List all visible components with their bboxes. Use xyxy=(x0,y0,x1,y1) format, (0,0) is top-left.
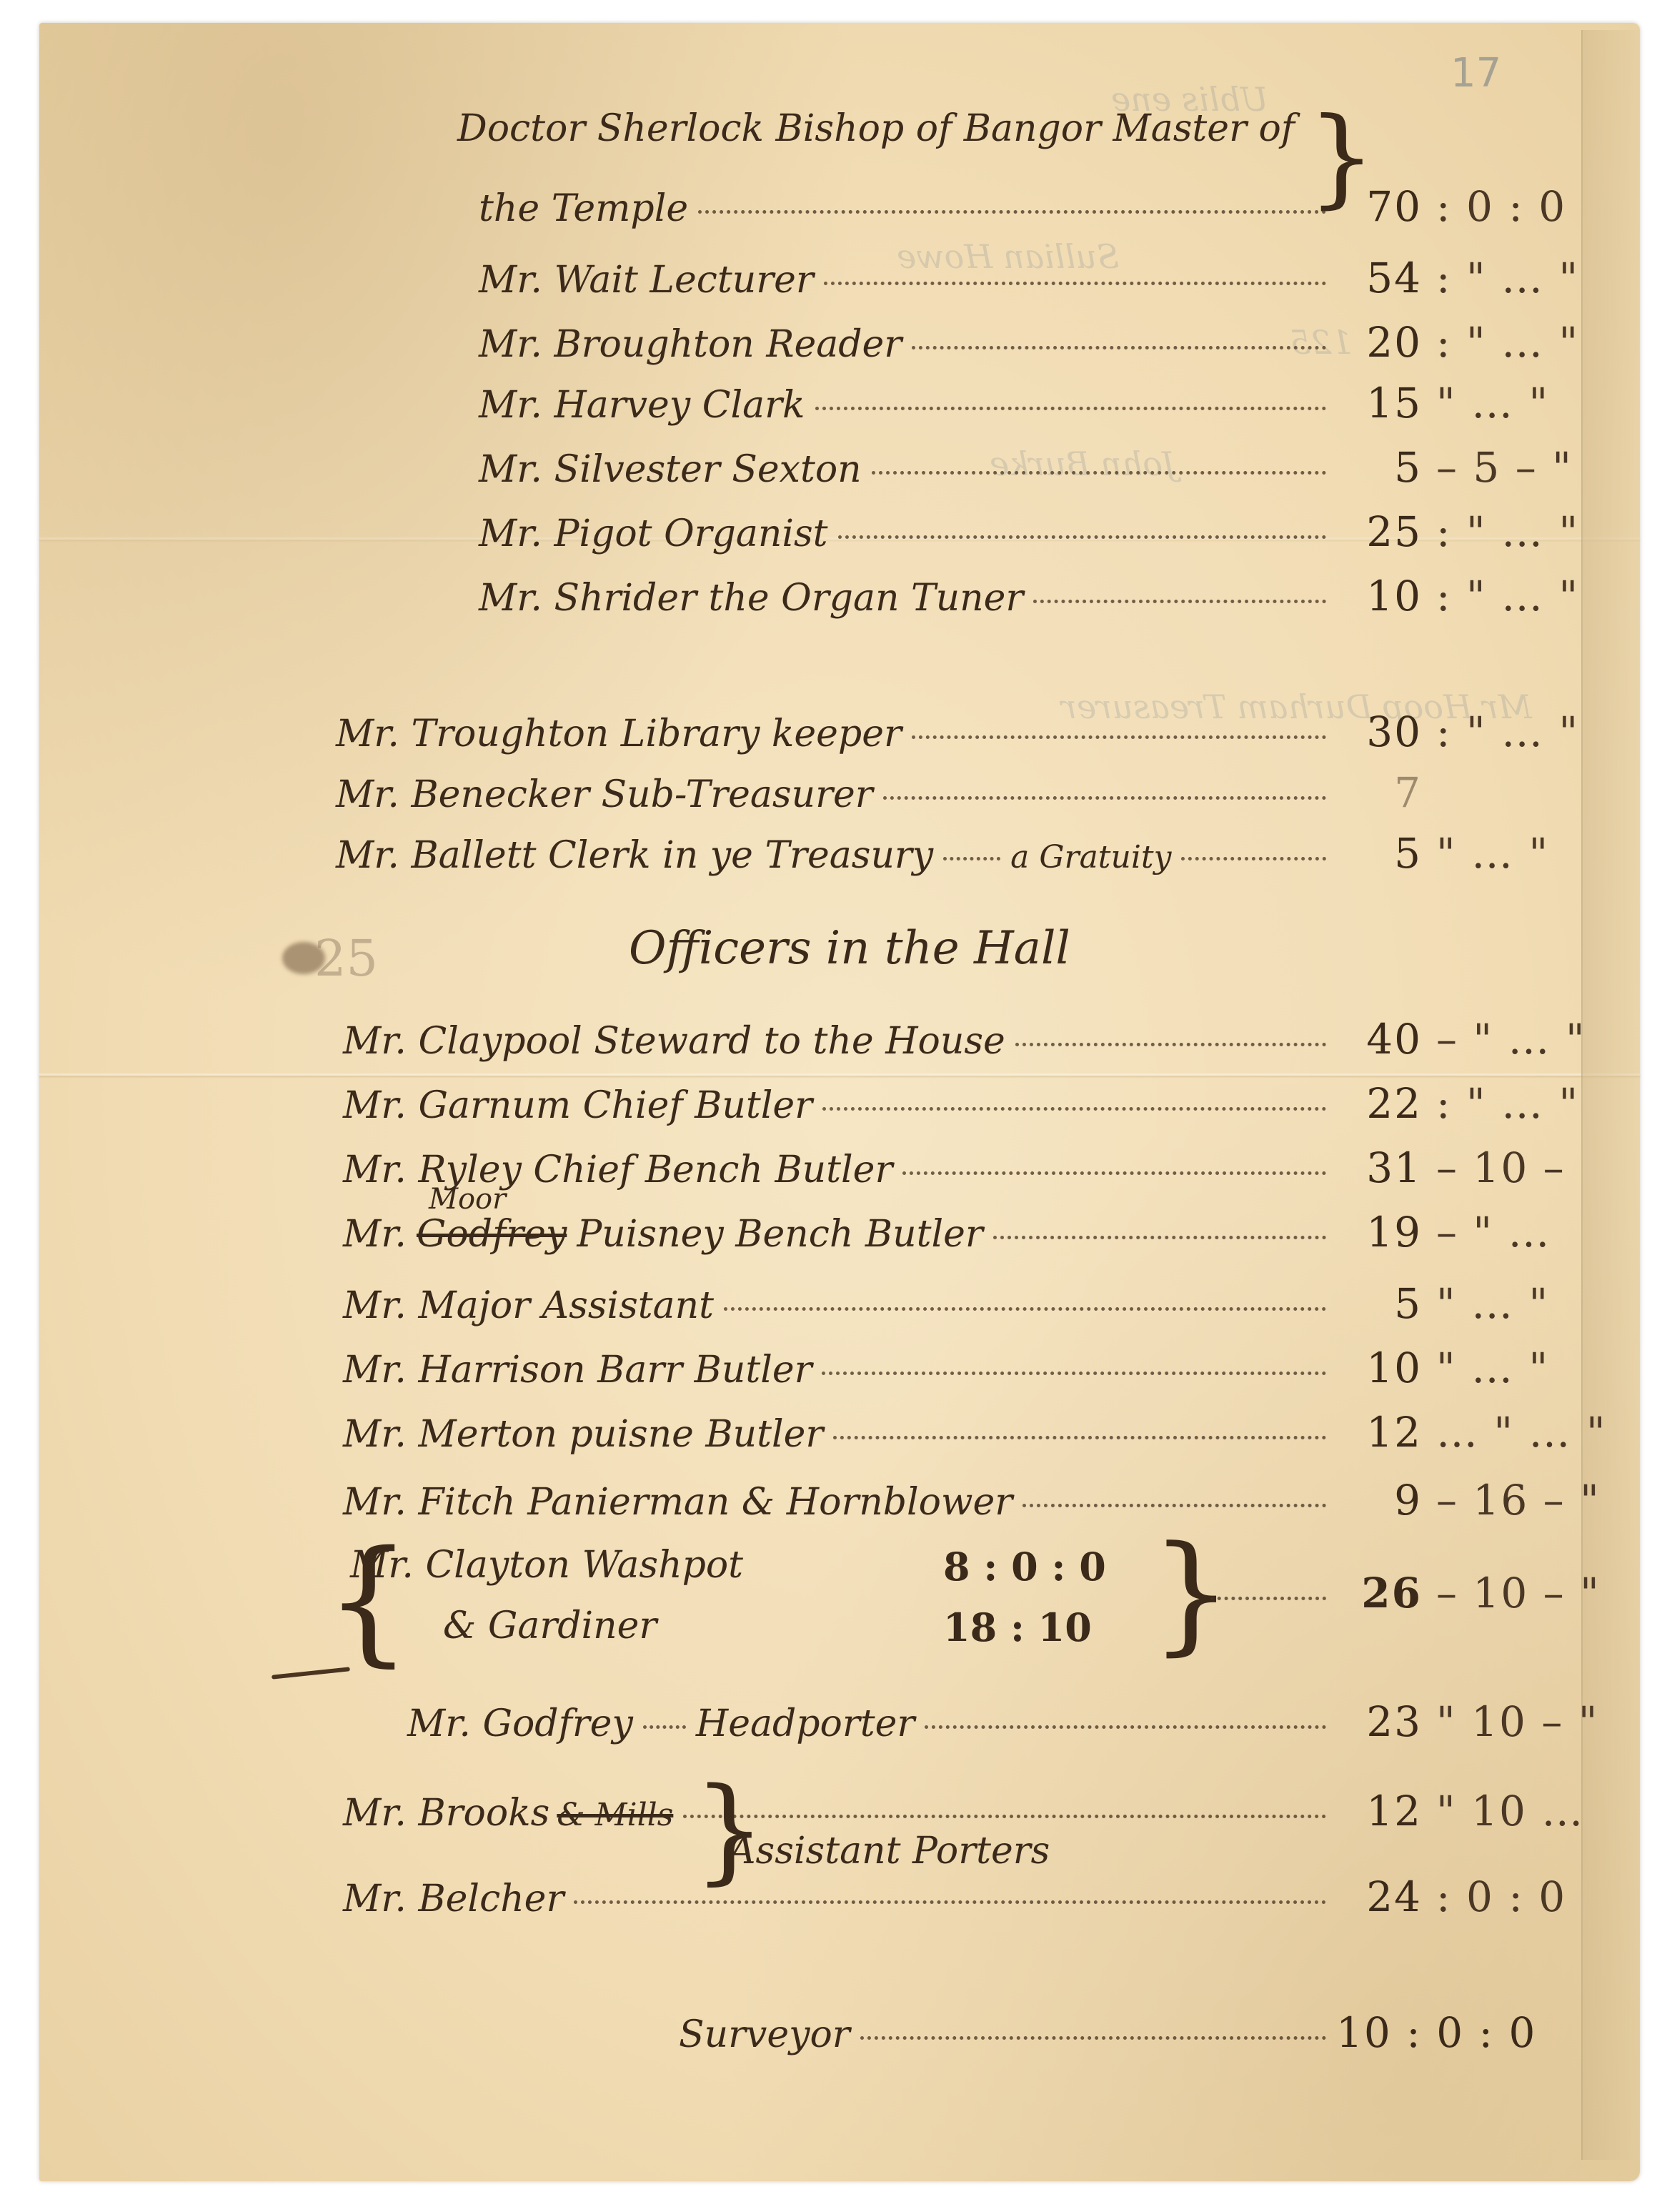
dot-leader xyxy=(822,1107,1326,1111)
dot-leader xyxy=(724,1307,1326,1311)
amount-rest: : " … " xyxy=(1436,254,1601,302)
dot-leader xyxy=(902,1171,1326,1175)
entry-row: Mr. Ballett Clerk in ye Treasury a Gratu… xyxy=(336,829,1601,878)
dot-leader xyxy=(883,796,1326,800)
amount-rest: " … " xyxy=(1436,829,1601,878)
amount-pounds: 12 xyxy=(1336,1787,1422,1835)
dot-leader xyxy=(860,2036,1326,2040)
entry-name: Doctor Sherlock Bishop of Bangor Master … xyxy=(457,107,1295,150)
amount-rest: " 10 – " xyxy=(1436,1697,1601,1746)
entry-row: Mr. Silvester Sexton 5– 5 – " xyxy=(479,443,1601,492)
entry-row: Mr. Godfrey Puisney Bench Butler 19– " … xyxy=(343,1208,1601,1256)
entry-row: Mr. Claypool Steward to the House 40– " … xyxy=(343,1015,1601,1063)
amount-pounds: 40 xyxy=(1336,1015,1422,1063)
dot-leader xyxy=(698,210,1326,214)
dot-leader xyxy=(1033,600,1326,603)
amount-rest: " … " xyxy=(1436,1279,1601,1328)
amount-pounds: 20 xyxy=(1336,318,1422,367)
entry-row: Mr. Merton puisne Butler 12… " … " xyxy=(343,1408,1601,1457)
entry-row: Mr. Troughton Library keeper 30: " … " xyxy=(336,708,1601,756)
amount-pounds: 22 xyxy=(1336,1079,1422,1128)
dot-leader xyxy=(824,282,1326,285)
amount-rest: – 10 – " xyxy=(1436,1569,1601,1617)
entry-row: Mr. Harrison Barr Butler 10" … " xyxy=(343,1344,1601,1392)
group-label: Assistant Porters xyxy=(729,1830,1050,1873)
amount-rest: – " … xyxy=(1436,1208,1601,1256)
amount-rest: : 0 : 0 xyxy=(1436,1873,1601,1921)
amount-pounds: 23 xyxy=(1336,1697,1422,1746)
amount-rest: : " … " xyxy=(1436,507,1601,556)
dot-leader xyxy=(912,346,1326,349)
entry-row: Mr. Ryley Chief Bench Butler 31– 10 – xyxy=(343,1144,1601,1192)
entry-row: Doctor Sherlock Bishop of Bangor Master … xyxy=(457,107,1386,150)
dot-leader xyxy=(838,535,1326,539)
entry-name: Mr. Ballett Clerk in ye Treasury xyxy=(336,834,933,877)
dot-leader xyxy=(943,857,1000,861)
entry-name: Mr. Major Assistant xyxy=(343,1284,714,1327)
amount-pounds: 54 xyxy=(1336,254,1422,302)
sub-amount: 18 : 10 xyxy=(943,1605,1092,1650)
entry-name: Mr. Shrider the Organ Tuner xyxy=(479,577,1023,620)
sub-amount: 8 : 0 : 0 xyxy=(943,1544,1106,1589)
entry-name: Mr. Pigot Organist xyxy=(479,512,828,555)
entry-row: Mr. Brooks & Mills 12" 10 … xyxy=(343,1787,1601,1835)
entry-name: Mr. Harrison Barr Butler xyxy=(343,1349,812,1392)
entry-name-line2: the Temple xyxy=(479,187,688,230)
entry-row: Mr. Godfrey Headporter 23" 10 – " xyxy=(407,1697,1601,1746)
entry-name: Mr. Fitch Panierman & Hornblower xyxy=(343,1481,1012,1524)
entry-row: Mr. Fitch Panierman & Hornblower 9– 16 –… xyxy=(343,1476,1601,1524)
amount-pounds: 15 xyxy=(1336,379,1422,427)
entry-name: Mr. Ryley Chief Bench Butler xyxy=(343,1149,892,1191)
amount-rest: : " … " xyxy=(1436,318,1601,367)
struck-name: Godfrey xyxy=(417,1213,567,1256)
dot-leader xyxy=(643,1725,686,1729)
entry-row: Mr. Shrider the Organ Tuner 10: " … " xyxy=(479,572,1601,620)
entry-name: Mr. Clayton Washpot xyxy=(350,1544,743,1587)
dot-leader xyxy=(815,407,1327,410)
entry-name: Mr. Merton puisne Butler xyxy=(343,1413,823,1456)
entry-name: Mr. Broughton Reader xyxy=(479,323,902,366)
amount-pounds: 12 xyxy=(1336,1408,1422,1457)
amount-rest: – 16 – " xyxy=(1436,1476,1601,1524)
amount-pounds: 70 xyxy=(1336,182,1422,231)
entry-name-prefix: Mr. xyxy=(343,1213,407,1256)
entry-name: Mr. Harvey Clark xyxy=(479,384,805,427)
amount-rest: : " … " xyxy=(1436,708,1601,756)
struck-name: & Mills xyxy=(557,1797,673,1833)
entry-name: Mr. Troughton Library keeper xyxy=(336,713,902,755)
amount: 10 : 0 : 0 xyxy=(1336,2008,1601,2057)
dot-leader xyxy=(833,1436,1326,1439)
entry-name: Mr. Garnum Chief Butler xyxy=(343,1084,812,1127)
dot-leader xyxy=(925,1725,1326,1729)
entry-name: Mr. Belcher xyxy=(343,1878,564,1920)
entry-name: Puisney Bench Butler xyxy=(577,1213,982,1256)
amount-pounds: 26 xyxy=(1336,1569,1422,1617)
entry-row: the Temple 70: 0 : 0 xyxy=(479,182,1601,231)
amount-pounds: 10 xyxy=(1336,1344,1422,1392)
entry-row: Mr. Belcher 24: 0 : 0 xyxy=(343,1873,1601,1921)
amount-pounds: 7 xyxy=(1336,768,1422,817)
margin-mark: 25 xyxy=(314,929,378,988)
combined-total: 26– 10 – " xyxy=(1200,1569,1601,1617)
amount-rest: – " … " xyxy=(1436,1015,1601,1063)
amount-rest: … " … " xyxy=(1436,1408,1601,1457)
amount-pounds: 5 xyxy=(1336,1279,1422,1328)
amount-rest: – 10 – xyxy=(1436,1144,1601,1192)
amount-pounds: 24 xyxy=(1336,1873,1422,1921)
dot-leader xyxy=(1181,857,1326,861)
amount-rest: : 0 : 0 xyxy=(1436,182,1601,231)
entry-name: Mr. Benecker Sub-Treasurer xyxy=(336,773,873,816)
entry-name: & Gardiner xyxy=(443,1605,657,1647)
entry-name: Mr. Silvester Sexton xyxy=(479,448,862,491)
entry-name: Mr. Claypool Steward to the House xyxy=(343,1020,1005,1063)
entry-row: Mr. Wait Lecturer 54: " … " xyxy=(479,254,1601,302)
entry-row: Mr. Clayton Washpot xyxy=(350,1544,743,1587)
entry-row: Mr. Harvey Clark 15" … " xyxy=(479,379,1601,427)
entry-row: Mr. Garnum Chief Butler 22: " … " xyxy=(343,1079,1601,1128)
amount-rest: – 5 – " xyxy=(1436,443,1601,492)
dot-leader xyxy=(683,1815,1326,1818)
amount-pounds: 5 xyxy=(1336,443,1422,492)
page-number: 17 xyxy=(1450,50,1501,96)
amount-rest: " … " xyxy=(1436,379,1601,427)
entry-name: Mr. Brooks xyxy=(343,1792,549,1835)
entry-row: & Gardiner xyxy=(443,1605,657,1647)
entry-name: Mr. Godfrey xyxy=(407,1702,633,1745)
amount-rest: : " … " xyxy=(1436,572,1601,620)
amount-rest: " … " xyxy=(1436,1344,1601,1392)
entry-note: a Gratuity xyxy=(1010,839,1171,876)
amount-pounds: 25 xyxy=(1336,507,1422,556)
entry-row: Mr. Broughton Reader 20: " … " xyxy=(479,318,1601,367)
dot-leader xyxy=(1022,1504,1326,1507)
amount-pounds: 30 xyxy=(1336,708,1422,756)
dot-leader xyxy=(574,1900,1326,1904)
entry-role: Headporter xyxy=(696,1702,915,1745)
section-heading: Officers in the Hall xyxy=(629,922,1070,975)
entry-row: Mr. Major Assistant 5" … " xyxy=(343,1279,1601,1328)
entry-row: Mr. Pigot Organist 25: " … " xyxy=(479,507,1601,556)
paper-fold xyxy=(39,1073,1640,1076)
dot-leader xyxy=(912,735,1326,739)
entry-row: Mr. Benecker Sub-Treasurer 7 xyxy=(336,768,1601,817)
amount-pounds: 5 xyxy=(1336,829,1422,878)
amount-pounds: 31 xyxy=(1336,1144,1422,1192)
amount-pounds: 9 xyxy=(1336,1476,1422,1524)
entry-row: Surveyor 10 : 0 : 0 xyxy=(679,2008,1601,2057)
amount-rest: : " … " xyxy=(1436,1079,1601,1128)
dot-leader xyxy=(993,1236,1326,1239)
dot-leader xyxy=(1210,1597,1326,1600)
amount-rest: " 10 … xyxy=(1436,1787,1601,1835)
entry-name: Surveyor xyxy=(679,2013,850,2056)
entry-name: Mr. Wait Lecturer xyxy=(479,259,814,302)
dot-leader xyxy=(822,1372,1326,1375)
amount-pounds: 19 xyxy=(1336,1208,1422,1256)
amount-pounds: 10 xyxy=(1336,572,1422,620)
dot-leader xyxy=(872,471,1326,475)
dot-leader xyxy=(1015,1043,1326,1046)
